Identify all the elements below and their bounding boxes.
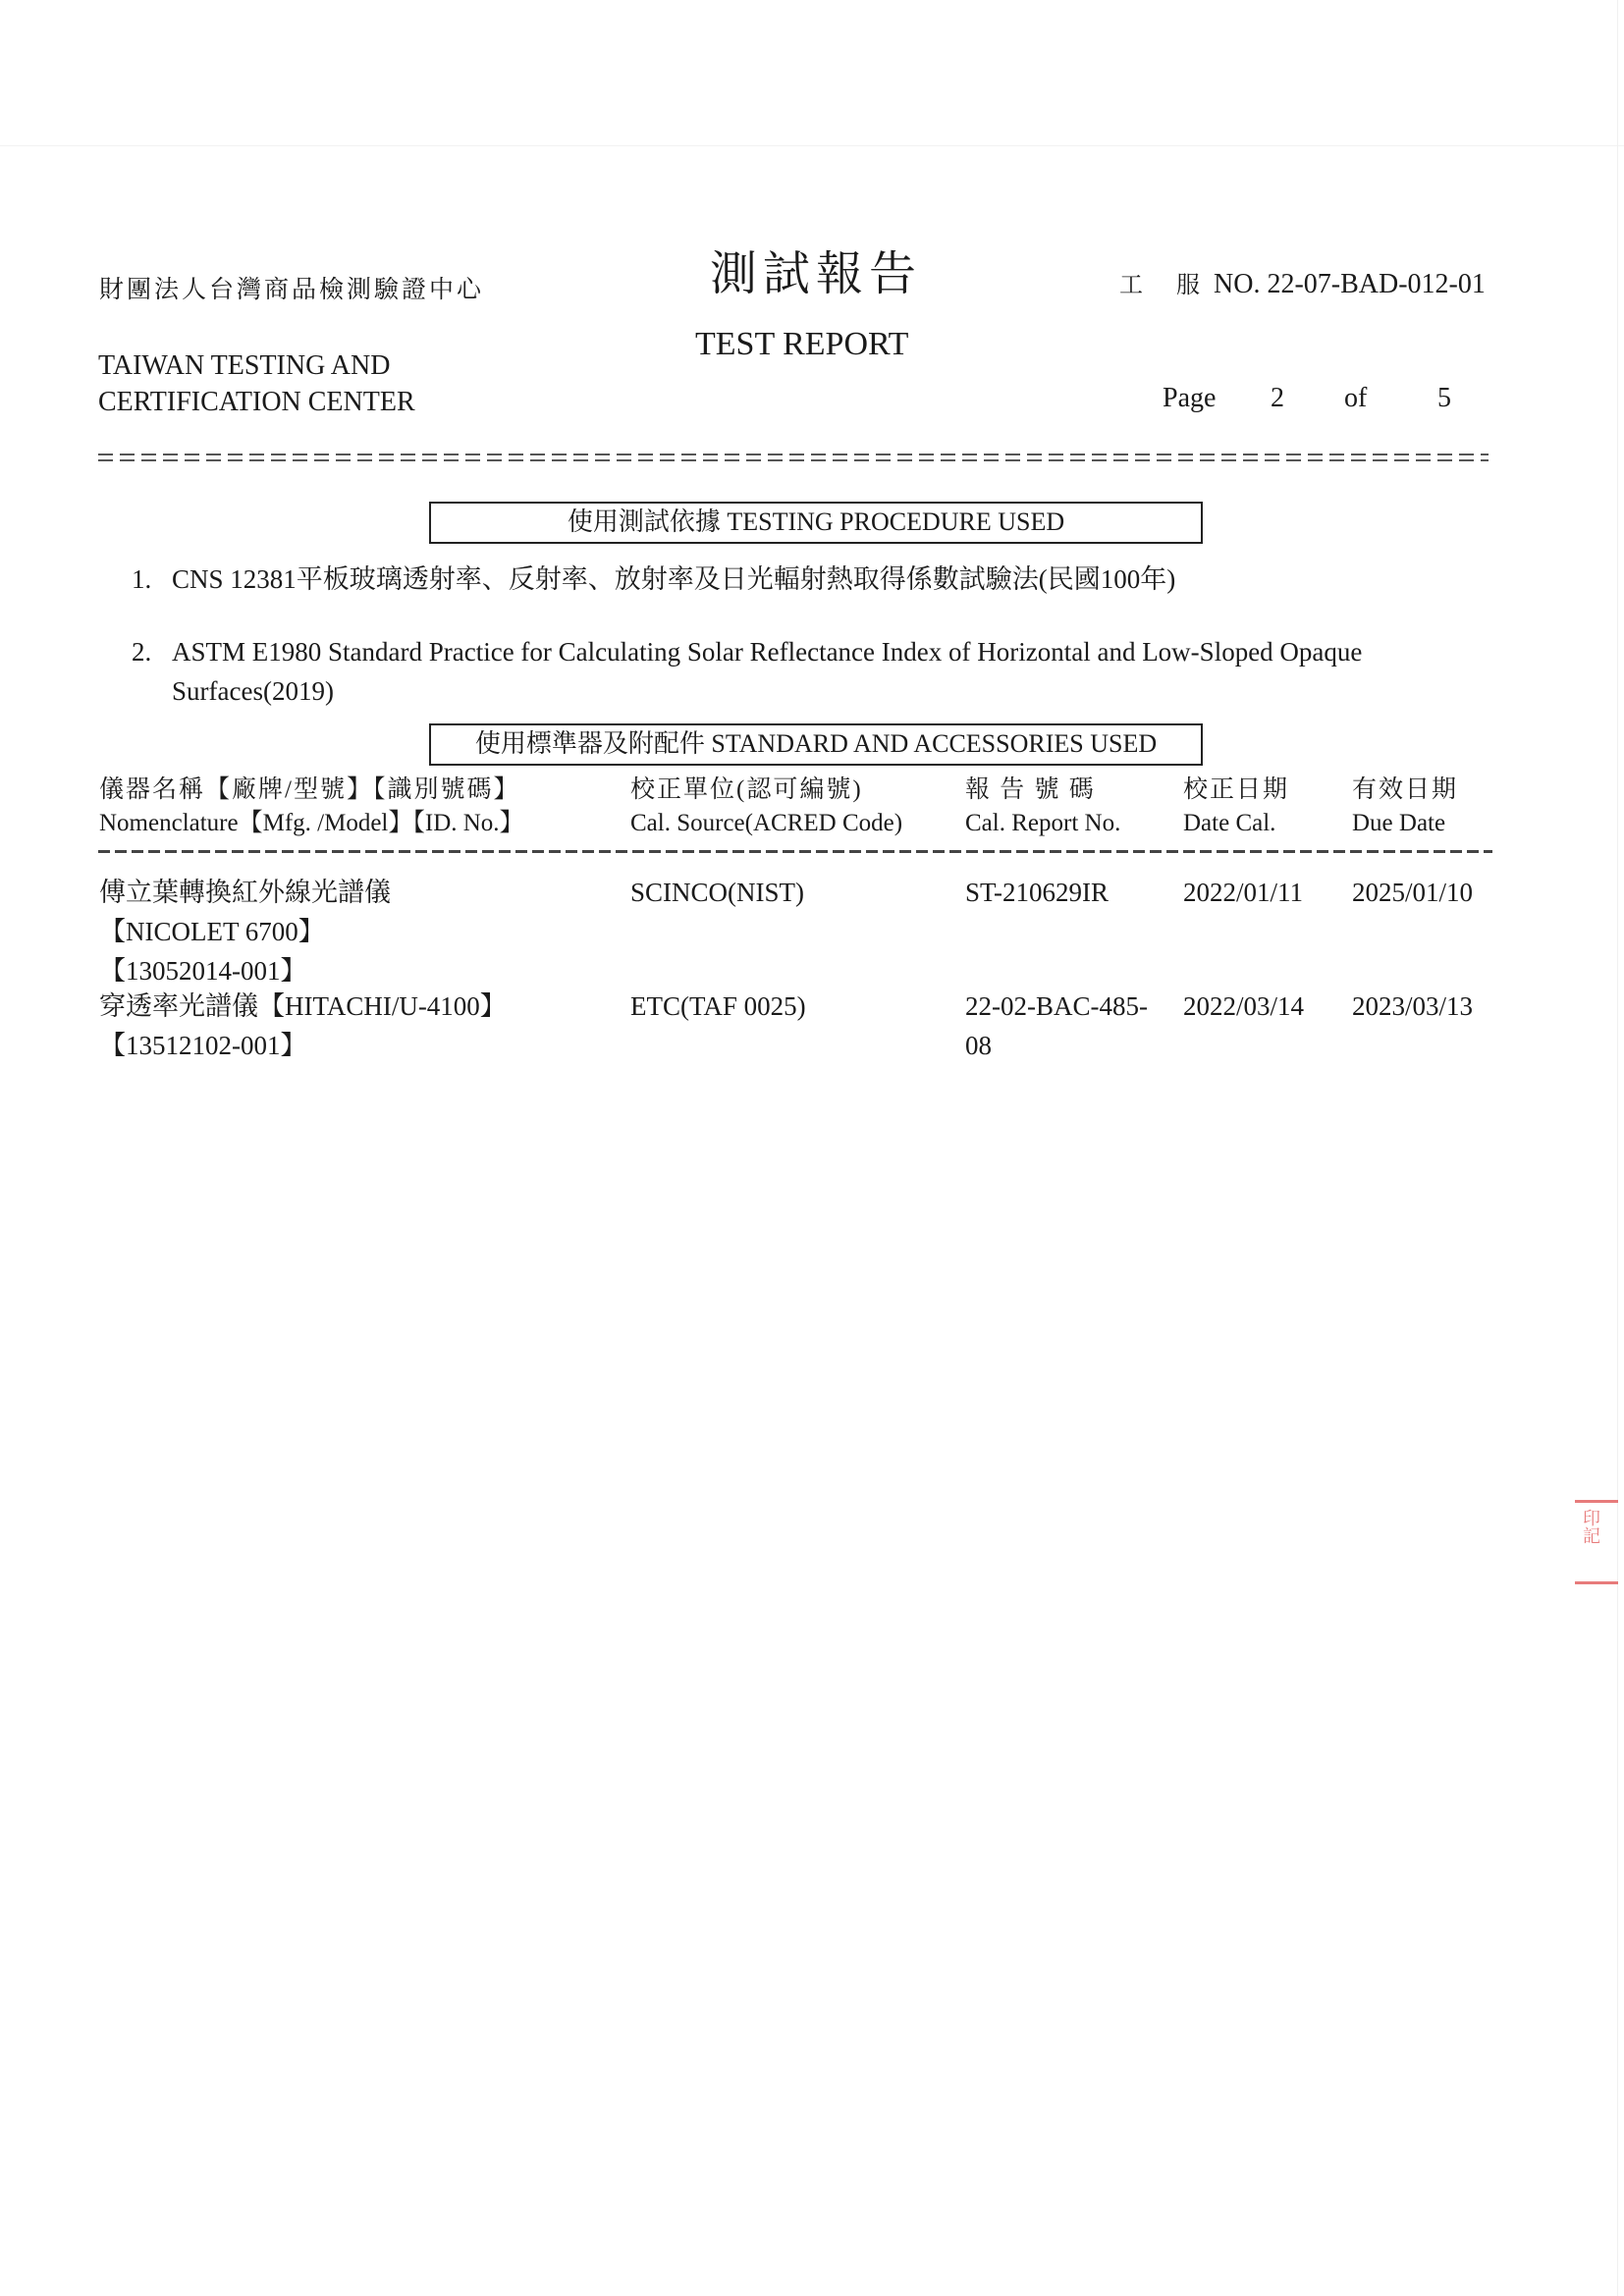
page-total: 5 (1437, 383, 1451, 414)
column-header-zh: 儀器名稱【廠牌/型號】【識別號碼】 (99, 774, 524, 807)
procedure-number: 2. (132, 632, 151, 671)
table-cell-due-date: 2025/01/10 (1352, 873, 1473, 912)
document-title-zh: 測試報告 (710, 236, 922, 303)
table-cell-nomenclature: 傅立葉轉換紅外線光譜儀 【NICOLET 6700】 【13052014-001… (99, 873, 391, 990)
table-cell-date-cal: 2022/03/14 (1183, 987, 1304, 1026)
column-header-cal-source: 校正單位(認可編號) Cal. Source(ACRED Code) (630, 774, 902, 840)
table-cell-cal-report: ST-210629IR (965, 873, 1109, 912)
column-header-date-cal: 校正日期 Date Cal. (1183, 774, 1289, 840)
column-header-en: Cal. Report No. (965, 807, 1120, 840)
page-edge-right (1617, 0, 1618, 2296)
page-edge (0, 145, 1624, 146)
table-cell-cal-source: SCINCO(NIST) (630, 873, 804, 912)
header-divider (98, 452, 1489, 463)
column-header-en: Nomenclature【Mfg. /Model】【ID. No.】 (99, 807, 524, 840)
cal-report-no: 22-02-BAC-485- (965, 987, 1148, 1026)
org-name-zh: 財團法人台灣商品檢測驗證中心 (99, 270, 484, 305)
procedure-text: CNS 12381平板玻璃透射率、反射率、放射率及日光輻射熱取得係數試驗法(民國… (172, 560, 1488, 599)
org-name-en: TAIWAN TESTING AND CERTIFICATION CENTER (98, 347, 415, 420)
table-cell-date-cal: 2022/01/11 (1183, 873, 1303, 912)
table-header-divider (98, 850, 1492, 853)
instrument-name: 穿透率光譜儀【HITACHI/U-4100】 (99, 987, 507, 1026)
page-label: Page (1163, 383, 1271, 414)
instrument-name: 傅立葉轉換紅外線光譜儀 (99, 873, 391, 912)
procedure-number: 1. (132, 560, 151, 599)
table-cell-cal-source: ETC(TAF 0025) (630, 987, 806, 1026)
report-number-value: NO. 22-07-BAD-012-01 (1214, 269, 1486, 299)
page-of-label: of (1344, 383, 1437, 414)
column-header-nomenclature: 儀器名稱【廠牌/型號】【識別號碼】 Nomenclature【Mfg. /Mod… (99, 774, 524, 840)
table-cell-nomenclature: 穿透率光譜儀【HITACHI/U-4100】 【13512102-001】 (99, 987, 507, 1065)
report-number: 工 服NO. 22-07-BAD-012-01 (1119, 265, 1486, 300)
column-header-en: Cal. Source(ACRED Code) (630, 807, 902, 840)
instrument-id: 【13052014-001】 (99, 951, 391, 990)
report-number-prefix: 工 服 (1119, 273, 1214, 298)
page-current: 2 (1271, 383, 1344, 414)
red-seal-stamp-icon: 印記 (1575, 1500, 1618, 1584)
instrument-id: 【13512102-001】 (99, 1026, 507, 1065)
instrument-model: 【NICOLET 6700】 (99, 912, 391, 951)
cal-report-no: ST-210629IR (965, 873, 1109, 912)
column-header-en: Due Date (1352, 807, 1458, 840)
column-header-zh: 有效日期 (1352, 774, 1458, 807)
procedure-text: ASTM E1980 Standard Practice for Calcula… (172, 632, 1488, 711)
cal-report-no-cont: 08 (965, 1026, 1148, 1065)
column-header-zh: 報 告 號 碼 (965, 774, 1120, 807)
column-header-due-date: 有效日期 Due Date (1352, 774, 1458, 840)
table-cell-cal-report: 22-02-BAC-485- 08 (965, 987, 1148, 1065)
page-indicator: Page2of5 (1163, 383, 1451, 414)
column-header-cal-report: 報 告 號 碼 Cal. Report No. (965, 774, 1120, 840)
org-name-en-line1: TAIWAN TESTING AND (98, 347, 415, 384)
column-header-zh: 校正單位(認可編號) (630, 774, 902, 807)
standards-heading: 使用標準器及附配件 STANDARD AND ACCESSORIES USED (429, 723, 1203, 766)
column-header-zh: 校正日期 (1183, 774, 1289, 807)
document-title-en: TEST REPORT (695, 326, 908, 363)
testing-procedure-heading: 使用測試依據 TESTING PROCEDURE USED (429, 502, 1203, 544)
table-cell-due-date: 2023/03/13 (1352, 987, 1473, 1026)
column-header-en: Date Cal. (1183, 807, 1289, 840)
org-name-en-line2: CERTIFICATION CENTER (98, 384, 415, 420)
